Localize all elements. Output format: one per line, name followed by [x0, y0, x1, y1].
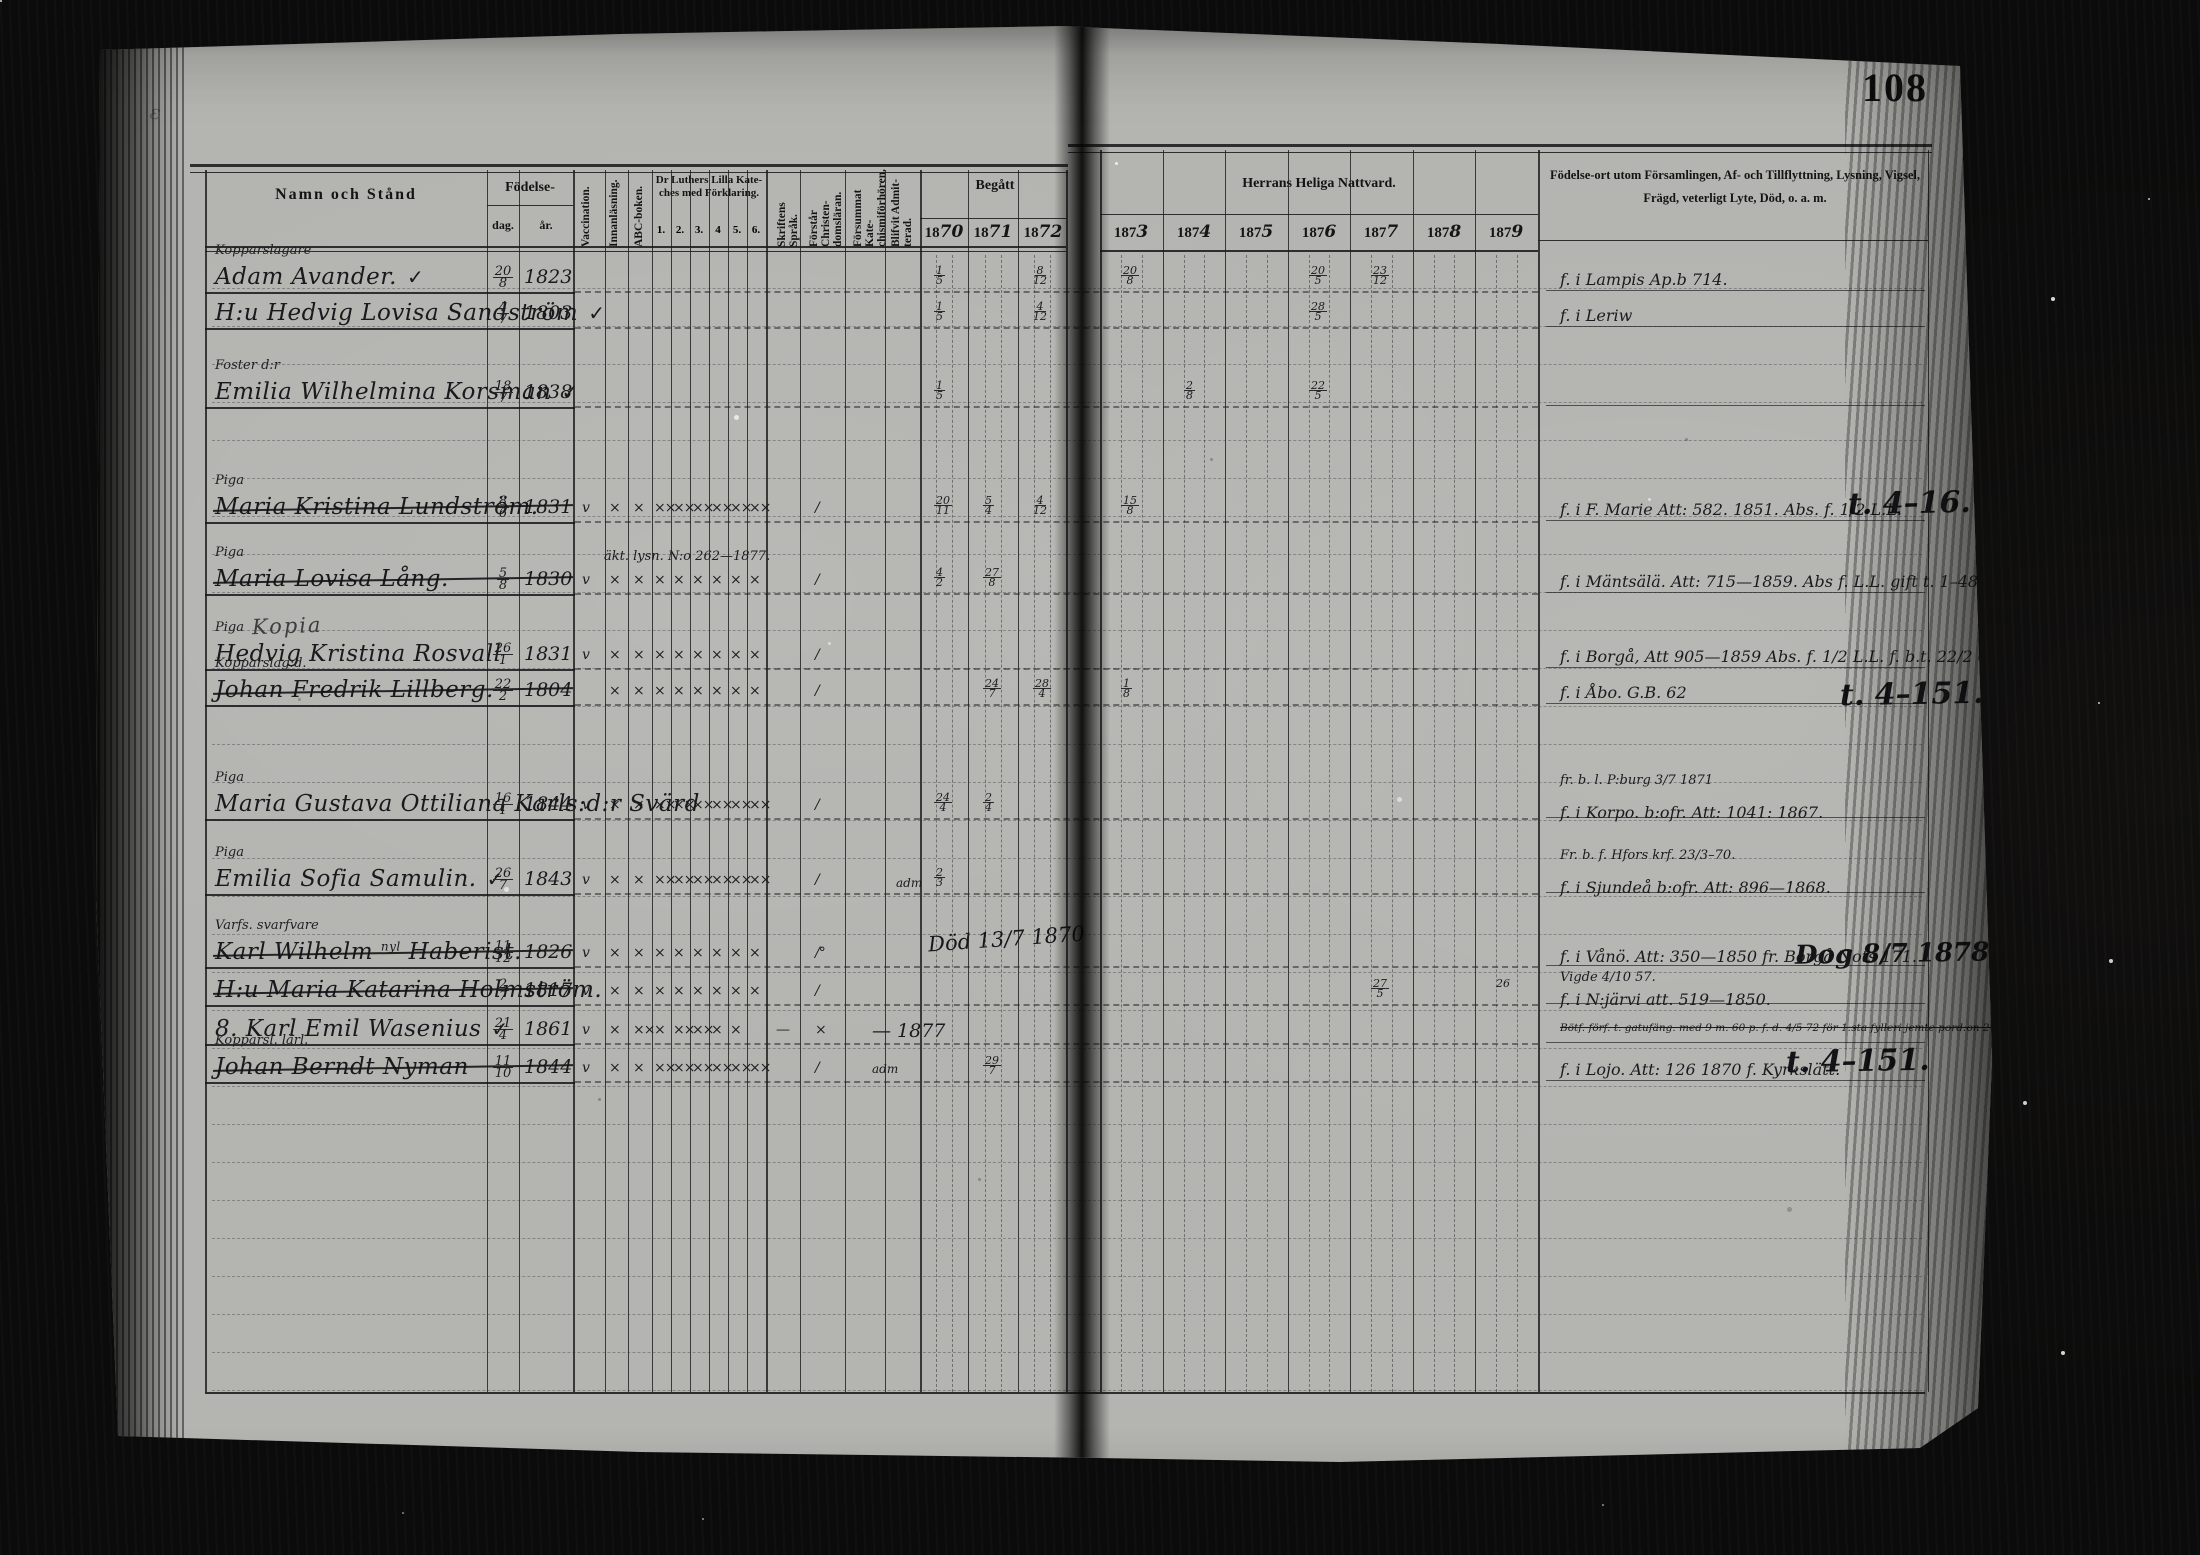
progress-mark: v	[582, 1022, 589, 1038]
grid-rowline	[212, 1314, 1922, 1315]
progress-mark: ×	[609, 983, 620, 999]
page-edge-shadow	[1845, 0, 2200, 1555]
grid-rowline	[212, 1162, 1922, 1163]
progress-mark: ××	[749, 797, 770, 813]
column-header-notes: Födelse-ort utom Församlingen, Af- och T…	[1542, 164, 1928, 210]
entry-underline	[205, 819, 575, 821]
progress-mark: ×	[654, 683, 665, 699]
grid-vline	[845, 170, 846, 1392]
grid-subline	[1496, 255, 1497, 1392]
entry-underline-dashes	[575, 893, 1538, 895]
kateches-number: 4	[709, 224, 727, 236]
grid-vline	[728, 170, 729, 1392]
grid-rowline	[212, 1048, 1922, 1049]
communion-date: 2312	[1371, 266, 1389, 285]
grid-hline	[487, 205, 573, 206]
grid-subline	[1142, 255, 1143, 1392]
entry-underline	[205, 967, 575, 969]
entry-birth-year: 1803	[524, 302, 572, 324]
grid-rowline	[212, 440, 1922, 441]
column-header-begatt: Begått	[930, 178, 1060, 194]
progress-mark: ×	[609, 1060, 620, 1076]
progress-mark: ×	[673, 572, 684, 588]
year-header: 1872	[1013, 222, 1073, 242]
entry-note-underline	[1546, 405, 1925, 406]
kateches-number: 2.	[671, 224, 689, 236]
entry-underline-dashes	[575, 593, 1538, 595]
entry-name: Adam Avander.✓	[215, 264, 424, 290]
communion-date: 225	[1309, 381, 1327, 400]
entry-occupation: Kopparsl. lärl.	[215, 1033, 308, 1048]
progress-mark: v	[582, 1060, 589, 1076]
progress-mark: ×	[711, 683, 722, 699]
progress-mark: ×	[609, 500, 620, 516]
grid-vline	[920, 170, 922, 1392]
grid-subline	[1001, 255, 1002, 1392]
entry-note: f. i N:järvi att. 519—1850.	[1560, 990, 1771, 1009]
grid-subline	[1204, 255, 1205, 1392]
grid-vline	[747, 170, 748, 1392]
progress-mark: ××	[749, 500, 770, 516]
progress-mark: ×	[673, 683, 684, 699]
check-mark: ✓	[407, 265, 424, 289]
progress-mark: ×	[749, 945, 760, 961]
entry-birth-day: 58	[489, 568, 517, 591]
entry-note-underline	[1546, 667, 1925, 668]
communion-date: 24	[983, 793, 994, 812]
book-spine-shadow	[92, 0, 184, 1555]
entry-occupation: Piga	[215, 545, 244, 560]
progress-mark: ×	[730, 1022, 741, 1038]
progress-mark: ×	[633, 872, 644, 888]
column-header-birth-day: dag.	[487, 218, 519, 233]
grid-subline	[936, 255, 937, 1392]
entry-occupation: Piga	[215, 473, 244, 488]
grid-rowline	[212, 478, 1922, 479]
grid-subline	[952, 255, 953, 1392]
communion-date: 412	[1033, 302, 1047, 321]
year-header: 1874	[1164, 222, 1224, 242]
column-header-abc-book: ABC-boken.	[633, 173, 645, 247]
entry-note: Vigde 4/10 57.	[1560, 970, 1656, 985]
communion-date: 23	[934, 868, 945, 887]
progress-mark: ×	[730, 572, 741, 588]
entry-birth-year: 1804	[524, 679, 572, 701]
grid-rowline	[212, 1010, 1922, 1011]
progress-mark: ×	[692, 983, 703, 999]
entry-underline	[205, 407, 575, 409]
grid-rowline	[212, 1276, 1922, 1277]
column-header-blifvit-admitterad: Blifvit Admit- terad.	[890, 173, 914, 247]
entry-note: f. i Leriw	[1560, 306, 1632, 325]
grid-hline	[1068, 152, 1932, 153]
progress-mark: ×	[673, 647, 684, 663]
grid-vline	[1288, 150, 1289, 1392]
grid-vline	[968, 170, 969, 1392]
progress-mark: /°	[815, 945, 825, 961]
entry-note-large: t. 4–151.	[1840, 676, 1984, 714]
entry-note: f. i Borgå, Att 905—1859 Abs. f. 1/2 L.L…	[1560, 647, 2075, 666]
entry-underline-dashes	[575, 704, 1538, 706]
grid-subline	[1434, 255, 1435, 1392]
entry-occupation: Kopparslag:d.	[215, 656, 307, 671]
grid-rowline	[212, 744, 1922, 745]
year-header: 1878	[1414, 222, 1474, 242]
progress-mark: v	[582, 872, 589, 888]
year-header: 1875	[1226, 222, 1286, 242]
column-header-herrans-heliga-nattvard: Herrans Heliga Nattvard.	[1105, 176, 1533, 192]
communion-date: 297	[983, 1056, 1001, 1075]
admitted-note: adm	[896, 876, 922, 890]
entry-occupation: Piga	[215, 845, 244, 860]
entry-underline-dashes	[575, 327, 1538, 329]
grid-vline	[1413, 150, 1414, 1392]
progress-mark: /	[815, 572, 819, 588]
progress-mark: ×	[749, 572, 760, 588]
communion-date: 285	[1309, 302, 1327, 321]
grid-vline	[800, 170, 801, 1392]
year-header: 1876	[1289, 222, 1349, 242]
entry-underline-dashes	[575, 966, 1538, 968]
grid-vline	[205, 170, 207, 1392]
grid-rowline	[212, 1200, 1922, 1201]
year-header: 1879	[1476, 222, 1536, 242]
entry-birth-year: 1823	[524, 266, 572, 288]
grid-hline	[190, 164, 1068, 167]
progress-mark: ×	[609, 1022, 620, 1038]
grid-rowline	[212, 1390, 1922, 1391]
entry-underline	[205, 1005, 575, 1007]
progress-mark: ×	[654, 572, 665, 588]
grid-vline	[652, 170, 653, 1392]
entry-birth-day: 187	[489, 381, 517, 404]
progress-mark: ×	[633, 797, 644, 813]
grid-vline	[709, 170, 710, 1392]
entry-occupation: Piga	[215, 770, 244, 785]
grid-rowline	[212, 1124, 1922, 1125]
entry-birth-year: 1831	[524, 496, 572, 518]
progress-mark: ×	[749, 983, 760, 999]
scanned-book-page: 108 ε Namn och Stånd Födelse- dag. år. V…	[0, 0, 2200, 1555]
grid-vline	[1066, 170, 1068, 1392]
grid-subline	[985, 255, 986, 1392]
entry-birth-day: 208	[489, 266, 517, 289]
progress-mark: ×	[711, 1022, 722, 1038]
entry-underline	[205, 705, 575, 707]
entry-birth-day: 1110	[489, 1056, 517, 1079]
grid-subline	[1050, 255, 1051, 1392]
progress-mark: v	[582, 983, 589, 999]
grid-subline	[1392, 255, 1393, 1392]
entry-underline	[205, 522, 575, 524]
communion-date: 2011	[934, 496, 952, 515]
progress-mark: /	[815, 683, 819, 699]
entry-birth-year: 1844	[524, 1056, 572, 1078]
year-header: 1873	[1101, 222, 1161, 242]
communion-date: 208	[1121, 266, 1139, 285]
progress-mark: ×	[730, 683, 741, 699]
entry-note-underline	[1546, 1080, 1925, 1081]
progress-mark: ×	[609, 683, 620, 699]
grid-subline	[1517, 255, 1518, 1392]
progress-mark: ×	[692, 945, 703, 961]
book-page-paper: 108 ε Namn och Stånd Födelse- dag. år. V…	[0, 0, 2200, 1555]
entry-name: Maria Gustava Ottiliana Karls:d:r Svärd	[215, 791, 700, 817]
column-header-skriftens-sprak: Skriftens Språk.	[776, 173, 800, 247]
grid-vline	[1225, 150, 1226, 1392]
column-header-name: Namn och Stånd	[205, 186, 487, 204]
entry-underline	[205, 894, 575, 896]
grid-rowline	[212, 972, 1922, 973]
communion-date: 412	[1033, 496, 1047, 515]
entry-birth-day: 261	[489, 643, 517, 666]
progress-mark: /	[815, 983, 819, 999]
grid-subline	[1121, 255, 1122, 1392]
grid-rowline	[212, 1086, 1922, 1087]
progress-mark: /	[815, 872, 819, 888]
entry-note: f. i Sjundeå b:ofr. Att: 896—1868.	[1560, 878, 1831, 897]
progress-mark: ×	[633, 945, 644, 961]
grid-vline	[671, 170, 672, 1392]
entry-underline	[205, 594, 575, 596]
entry-note-underline	[1546, 592, 1925, 593]
grid-subline	[1329, 255, 1330, 1392]
grid-vline	[885, 170, 886, 1392]
progress-mark: ×	[633, 500, 644, 516]
progress-mark: ×	[730, 945, 741, 961]
progress-mark: ×	[654, 647, 665, 663]
grid-vline	[573, 170, 575, 1392]
progress-mark: /	[815, 647, 819, 663]
pencil-corner-mark: ε	[148, 99, 163, 124]
admitted-note: — 1877	[872, 1020, 945, 1042]
grid-subline	[1034, 255, 1035, 1392]
entry-underline-dashes	[575, 406, 1538, 408]
entry-note: Fr. b. f. Hfors krf. 23/3–70.	[1560, 848, 1735, 863]
progress-mark: ×	[609, 797, 620, 813]
column-header-birth: Födelse-	[487, 180, 573, 196]
kateches-number: 3.	[690, 224, 708, 236]
communion-date: 247	[983, 679, 1001, 698]
grid-vline	[628, 170, 629, 1392]
entry-note: fr. b. l. P:burg 3/7 1871	[1560, 773, 1713, 788]
communion-date: 26	[1496, 979, 1510, 989]
communion-date: 284	[1033, 679, 1051, 698]
entry-birth-year: 1838	[524, 381, 572, 403]
column-header-innanlasning: Innanläsning.	[608, 173, 620, 247]
entry-birth-year: 1831	[524, 643, 572, 665]
grid-hline	[205, 246, 1066, 248]
progress-mark: ×	[692, 572, 703, 588]
progress-mark: ×	[654, 945, 665, 961]
progress-mark: v	[582, 945, 589, 961]
grid-subline	[1246, 255, 1247, 1392]
entry-note-large: t. 4–151.	[1786, 1043, 1930, 1081]
grid-hline	[190, 172, 1068, 173]
column-header-forsummat-katechisforhoren: Försummat Kate- chismiförhören.	[852, 173, 888, 247]
entry-underline-dashes	[575, 668, 1538, 670]
communion-date: 28	[1184, 381, 1195, 400]
grid-subline	[1267, 255, 1268, 1392]
entry-birth-year: 1830	[524, 568, 572, 590]
progress-mark: /	[815, 500, 819, 516]
entry-occupation: Kopparslagare	[215, 243, 311, 258]
communion-date: 18	[1121, 679, 1132, 698]
progress-mark: ×	[692, 647, 703, 663]
page-number: 108	[1862, 64, 1928, 111]
entry-birth-day: 27	[489, 979, 517, 1002]
grid-hline	[1100, 214, 1538, 215]
entry-note-underline	[1546, 290, 1925, 291]
grid-hline	[205, 251, 1066, 252]
entry-underline	[205, 328, 575, 330]
entry-note: f. i Lampis Ap.b 714.	[1560, 270, 1728, 289]
scan-dust	[0, 0, 2, 2]
progress-mark: ×	[730, 647, 741, 663]
grid-rowline	[212, 1238, 1922, 1239]
progress-mark: ×	[633, 647, 644, 663]
grid-hline	[1068, 144, 1932, 147]
progress-mark: ×	[609, 872, 620, 888]
progress-mark: ×	[673, 945, 684, 961]
grid-vline	[605, 170, 606, 1392]
progress-mark: ×	[633, 683, 644, 699]
column-header-birth-year: år.	[519, 218, 573, 233]
communion-date: 54	[983, 496, 994, 515]
entry-underline-dashes	[575, 291, 1538, 293]
entry-note-underline	[1546, 326, 1925, 327]
entry-underline	[205, 1082, 575, 1084]
entry-birth-day: 161	[489, 793, 517, 816]
grid-rowline	[212, 630, 1922, 631]
entry-underline-dashes	[575, 521, 1538, 523]
progress-mark: ×	[609, 945, 620, 961]
communion-date: 158	[1121, 496, 1139, 515]
progress-mark: ×	[730, 983, 741, 999]
progress-mark: ××	[749, 872, 770, 888]
entry-note: Bötf. förf. t. gatufäng. med 9 m. 60 p. …	[1560, 1022, 2050, 1034]
entry-birth-day: 214	[489, 1018, 517, 1041]
kateches-number: 1.	[652, 224, 670, 236]
progress-mark: ××	[633, 1022, 654, 1038]
progress-mark: ×	[749, 683, 760, 699]
entry-note-large: t. 4–16.	[1848, 485, 1971, 522]
communion-date: 15	[934, 266, 945, 285]
grid-subline	[1184, 255, 1185, 1392]
entry-birth-year: 1861	[524, 1018, 572, 1040]
grid-rowline	[212, 554, 1922, 555]
communion-date: 205	[1309, 266, 1327, 285]
grid-vline	[1475, 150, 1476, 1392]
grid-hline	[1100, 250, 1538, 252]
grid-vline	[1350, 150, 1351, 1392]
grid-vline	[1018, 170, 1019, 1392]
grid-vline	[1928, 150, 1929, 1392]
progress-mark: v	[582, 797, 589, 813]
communion-date: 812	[1033, 266, 1047, 285]
progress-mark: ×	[654, 1022, 665, 1038]
grid-vline	[1538, 150, 1540, 1392]
progress-mark: ×	[711, 572, 722, 588]
progress-mark: ×	[749, 647, 760, 663]
entry-occupation: Piga	[215, 620, 244, 635]
grid-subline	[1371, 255, 1372, 1392]
progress-mark: ×	[609, 572, 620, 588]
kateches-number: 6.	[747, 224, 765, 236]
progress-mark: ×	[815, 1022, 826, 1038]
grid-hline	[920, 218, 1066, 219]
grid-hline	[205, 1392, 1925, 1394]
entry-name: Emilia Sofia Samulin.✓	[215, 866, 504, 892]
communion-date: 278	[983, 568, 1001, 587]
progress-mark: v	[582, 647, 589, 663]
communion-date: 42	[934, 568, 945, 587]
entry-note: f. i Mäntsälä. Att: 715—1859. Abs f. L.L…	[1560, 572, 1993, 591]
entry-underline-dashes	[575, 1043, 1538, 1045]
progress-mark: ×	[673, 983, 684, 999]
entry-note-large: Dog 8/7 1878.	[1795, 937, 1999, 971]
grid-vline	[519, 170, 520, 1392]
entry-occupation: Foster d:r	[215, 358, 280, 373]
communion-date: 15	[934, 302, 945, 321]
grid-vline	[690, 170, 691, 1392]
progress-mark: v	[582, 572, 589, 588]
communion-date: 244	[934, 793, 952, 812]
admitted-note: adm	[872, 1062, 898, 1076]
entry-underline	[205, 292, 575, 294]
check-mark: ✓	[588, 301, 605, 325]
column-header-vaccination: Vaccination.	[580, 173, 592, 247]
progress-mark: ×	[633, 1060, 644, 1076]
entry-birth-year: 1844	[524, 793, 572, 815]
communion-date: 15	[934, 381, 945, 400]
progress-mark: —	[776, 1022, 789, 1038]
entry-birth-year: 1843	[524, 868, 572, 890]
progress-mark: ×	[609, 647, 620, 663]
progress-mark: /	[815, 1060, 819, 1076]
grid-vline	[1100, 150, 1102, 1392]
entry-birth-day: 1112	[489, 941, 517, 964]
entry-birth-day: 47	[489, 302, 517, 325]
copy-stamp: Kopia	[252, 613, 323, 639]
entry-birth-day: 267	[489, 868, 517, 891]
grid-vline	[766, 170, 768, 1392]
grid-rowline	[212, 1352, 1922, 1353]
progress-mark: ×	[711, 945, 722, 961]
entry-underline-dashes	[575, 818, 1538, 820]
column-header-forstar-christendomslaran: Förstår Christen- domsläran.	[808, 173, 844, 247]
progress-mark: /	[815, 797, 819, 813]
entry-birth-day: 222	[489, 679, 517, 702]
entry-note: f. i Korpo. b:ofr. Att: 1041: 1867.	[1560, 803, 1823, 822]
grid-rowline	[212, 364, 1922, 365]
entry-birth-year: 1826	[524, 941, 572, 963]
progress-mark: ×	[633, 983, 644, 999]
kateches-number: 5.	[728, 224, 746, 236]
entry-underline-dashes	[575, 1081, 1538, 1083]
progress-mark: ×	[711, 983, 722, 999]
progress-mark: v	[582, 500, 589, 516]
grid-vline	[1163, 150, 1164, 1392]
communion-date: 275	[1371, 979, 1389, 998]
progress-mark: ×	[654, 983, 665, 999]
progress-mark: ××	[749, 1060, 770, 1076]
entry-annotation: äkt. lysn. N:o 262—1877.	[604, 549, 770, 564]
year-header: 1877	[1351, 222, 1411, 242]
entry-underline-dashes	[575, 1004, 1538, 1006]
progress-mark: ×	[692, 683, 703, 699]
entry-note: f. i Åbo. G.B. 62	[1560, 683, 1687, 702]
